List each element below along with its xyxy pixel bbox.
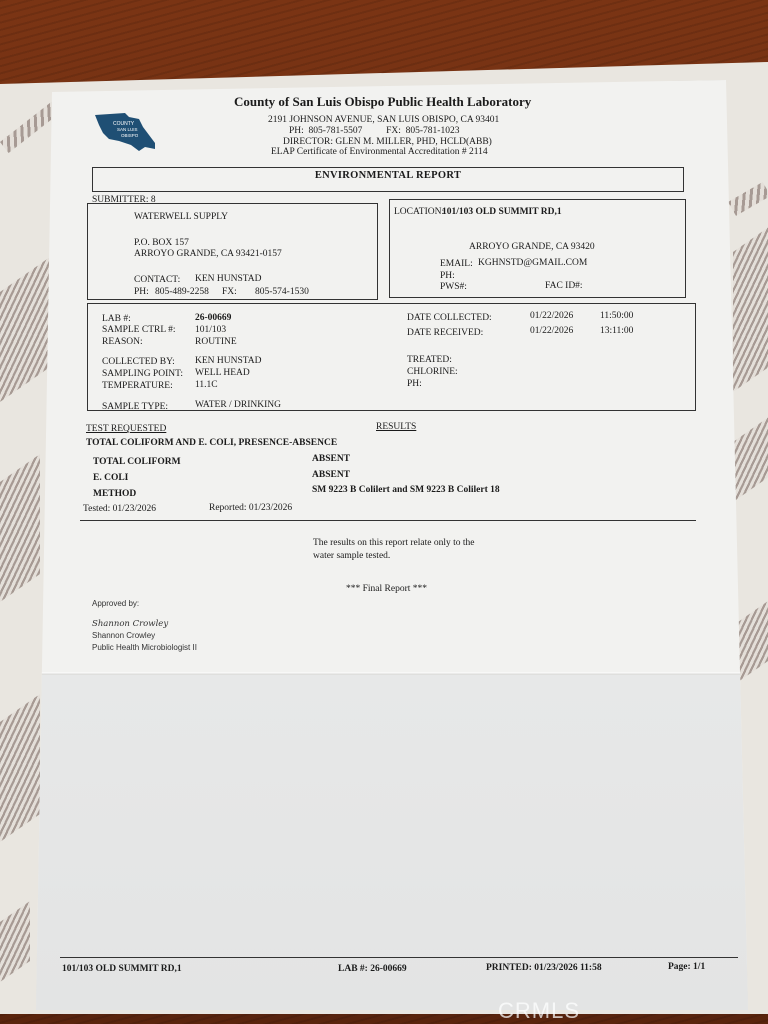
test-row-name: METHOD [93, 489, 136, 499]
fac-id-label: FAC ID#: [545, 281, 583, 291]
submitter-fax: 805-574-1530 [255, 287, 309, 297]
contact-label: CONTACT: [134, 275, 180, 285]
sample-ctrl: 101/103 [195, 325, 226, 335]
location-value: 101/103 OLD SUMMIT RD,1 [442, 207, 562, 217]
submitter-name: WATERWELL SUPPLY [134, 212, 228, 222]
lab-address: 2191 JOHNSON AVENUE, SAN LUIS OBISPO, CA… [268, 115, 499, 125]
reason: ROUTINE [195, 337, 237, 347]
test-row-result: ABSENT [312, 470, 350, 480]
email-label: EMAIL: [440, 259, 473, 269]
results-header: RESULTS [376, 422, 416, 432]
county-logo-icon: COUNTY SAN LUIS OBISPO [95, 113, 157, 153]
signature: Shannon Crowley [92, 619, 168, 629]
submitter-address-2: ARROYO GRANDE, CA 93421-0157 [134, 249, 282, 259]
final-report-label: *** Final Report *** [346, 584, 427, 594]
submitter-ph-label: PH: [134, 287, 149, 297]
contact-name: KEN HUNSTAD [195, 274, 262, 284]
footer-location: 101/103 OLD SUMMIT RD,1 [62, 964, 182, 974]
test-row-result: ABSENT [312, 454, 350, 464]
test-requested-header: TEST REQUESTED [86, 424, 166, 434]
footer-lab-number: LAB #: 26-00669 [338, 964, 407, 974]
test-row-name: E. COLI [93, 473, 128, 483]
date-collected: 01/22/2026 [530, 311, 573, 321]
sampling-point-label: SAMPLING POINT: [102, 369, 183, 379]
approved-by-label: Approved by: [92, 599, 139, 608]
disclaimer-line-1: The results on this report relate only t… [313, 538, 474, 548]
reason-label: REASON: [102, 337, 143, 347]
date-received: 01/22/2026 [530, 326, 573, 336]
tested-date: Tested: 01/23/2026 [83, 504, 156, 514]
treated-label: TREATED: [407, 355, 452, 365]
pws-label: PWS#: [440, 282, 467, 292]
location-ph-label: PH: [440, 271, 455, 281]
lab-number-label: LAB #: [102, 314, 131, 324]
footer-page: Page: 1/1 [668, 962, 705, 972]
report-title: ENVIRONMENTAL REPORT [92, 170, 684, 181]
approver-title: Public Health Microbiologist II [92, 643, 197, 652]
sample-ph-label: PH: [407, 379, 422, 389]
location-label: LOCATION: [394, 207, 444, 217]
reported-date: Reported: 01/23/2026 [209, 503, 292, 513]
sample-ctrl-label: SAMPLE CTRL #: [102, 325, 176, 335]
submitter-fx-label: FX: [222, 287, 237, 297]
time-collected: 11:50:00 [600, 311, 633, 321]
lab-number: 26-00669 [195, 313, 231, 323]
collected-by: KEN HUNSTAD [195, 356, 262, 366]
section-divider [80, 520, 696, 521]
email-value: KGHNSTD@GMAIL.COM [478, 258, 587, 268]
lab-director: DIRECTOR: GLEN M. MILLER, PHD, HCLD(ABB) [283, 137, 492, 147]
chlorine-label: CHLORINE: [407, 367, 458, 377]
sample-type: WATER / DRINKING [195, 400, 281, 410]
test-row-result: SM 9223 B Colilert and SM 9223 B Coliler… [312, 485, 500, 495]
footer-divider [60, 957, 738, 958]
test-row-name: TOTAL COLIFORM [93, 457, 181, 467]
disclaimer-line-2: water sample tested. [313, 551, 390, 561]
approver-name: Shannon Crowley [92, 631, 155, 640]
date-collected-label: DATE COLLECTED: [407, 313, 492, 323]
sampling-point: WELL HEAD [195, 368, 250, 378]
location-city: ARROYO GRANDE, CA 93420 [469, 242, 595, 252]
date-received-label: DATE RECEIVED: [407, 328, 483, 338]
svg-text:SAN LUIS: SAN LUIS [117, 127, 138, 132]
submitter-phone: 805-489-2258 [155, 287, 209, 297]
submitter-address-1: P.O. BOX 157 [134, 238, 189, 248]
lab-name: County of San Luis Obispo Public Health … [234, 94, 531, 110]
sample-type-label: SAMPLE TYPE: [102, 402, 168, 412]
environmental-report: COUNTY SAN LUIS OBISPO County of San Lui… [0, 0, 768, 1024]
temperature: 11.1C [195, 380, 218, 390]
temperature-label: TEMPERATURE: [102, 381, 173, 391]
test-name: TOTAL COLIFORM AND E. COLI, PRESENCE-ABS… [86, 438, 337, 448]
lab-phone-fax: PH: 805-781-5507 FX: 805-781-1023 [289, 126, 459, 136]
footer-printed: PRINTED: 01/23/2026 11:58 [486, 963, 602, 973]
time-received: 13:11:00 [600, 326, 633, 336]
lab-certificate: ELAP Certificate of Environmental Accred… [271, 147, 488, 157]
collected-by-label: COLLECTED BY: [102, 357, 175, 367]
svg-text:OBISPO: OBISPO [121, 133, 139, 138]
crmls-watermark: CRMLS [498, 998, 580, 1024]
